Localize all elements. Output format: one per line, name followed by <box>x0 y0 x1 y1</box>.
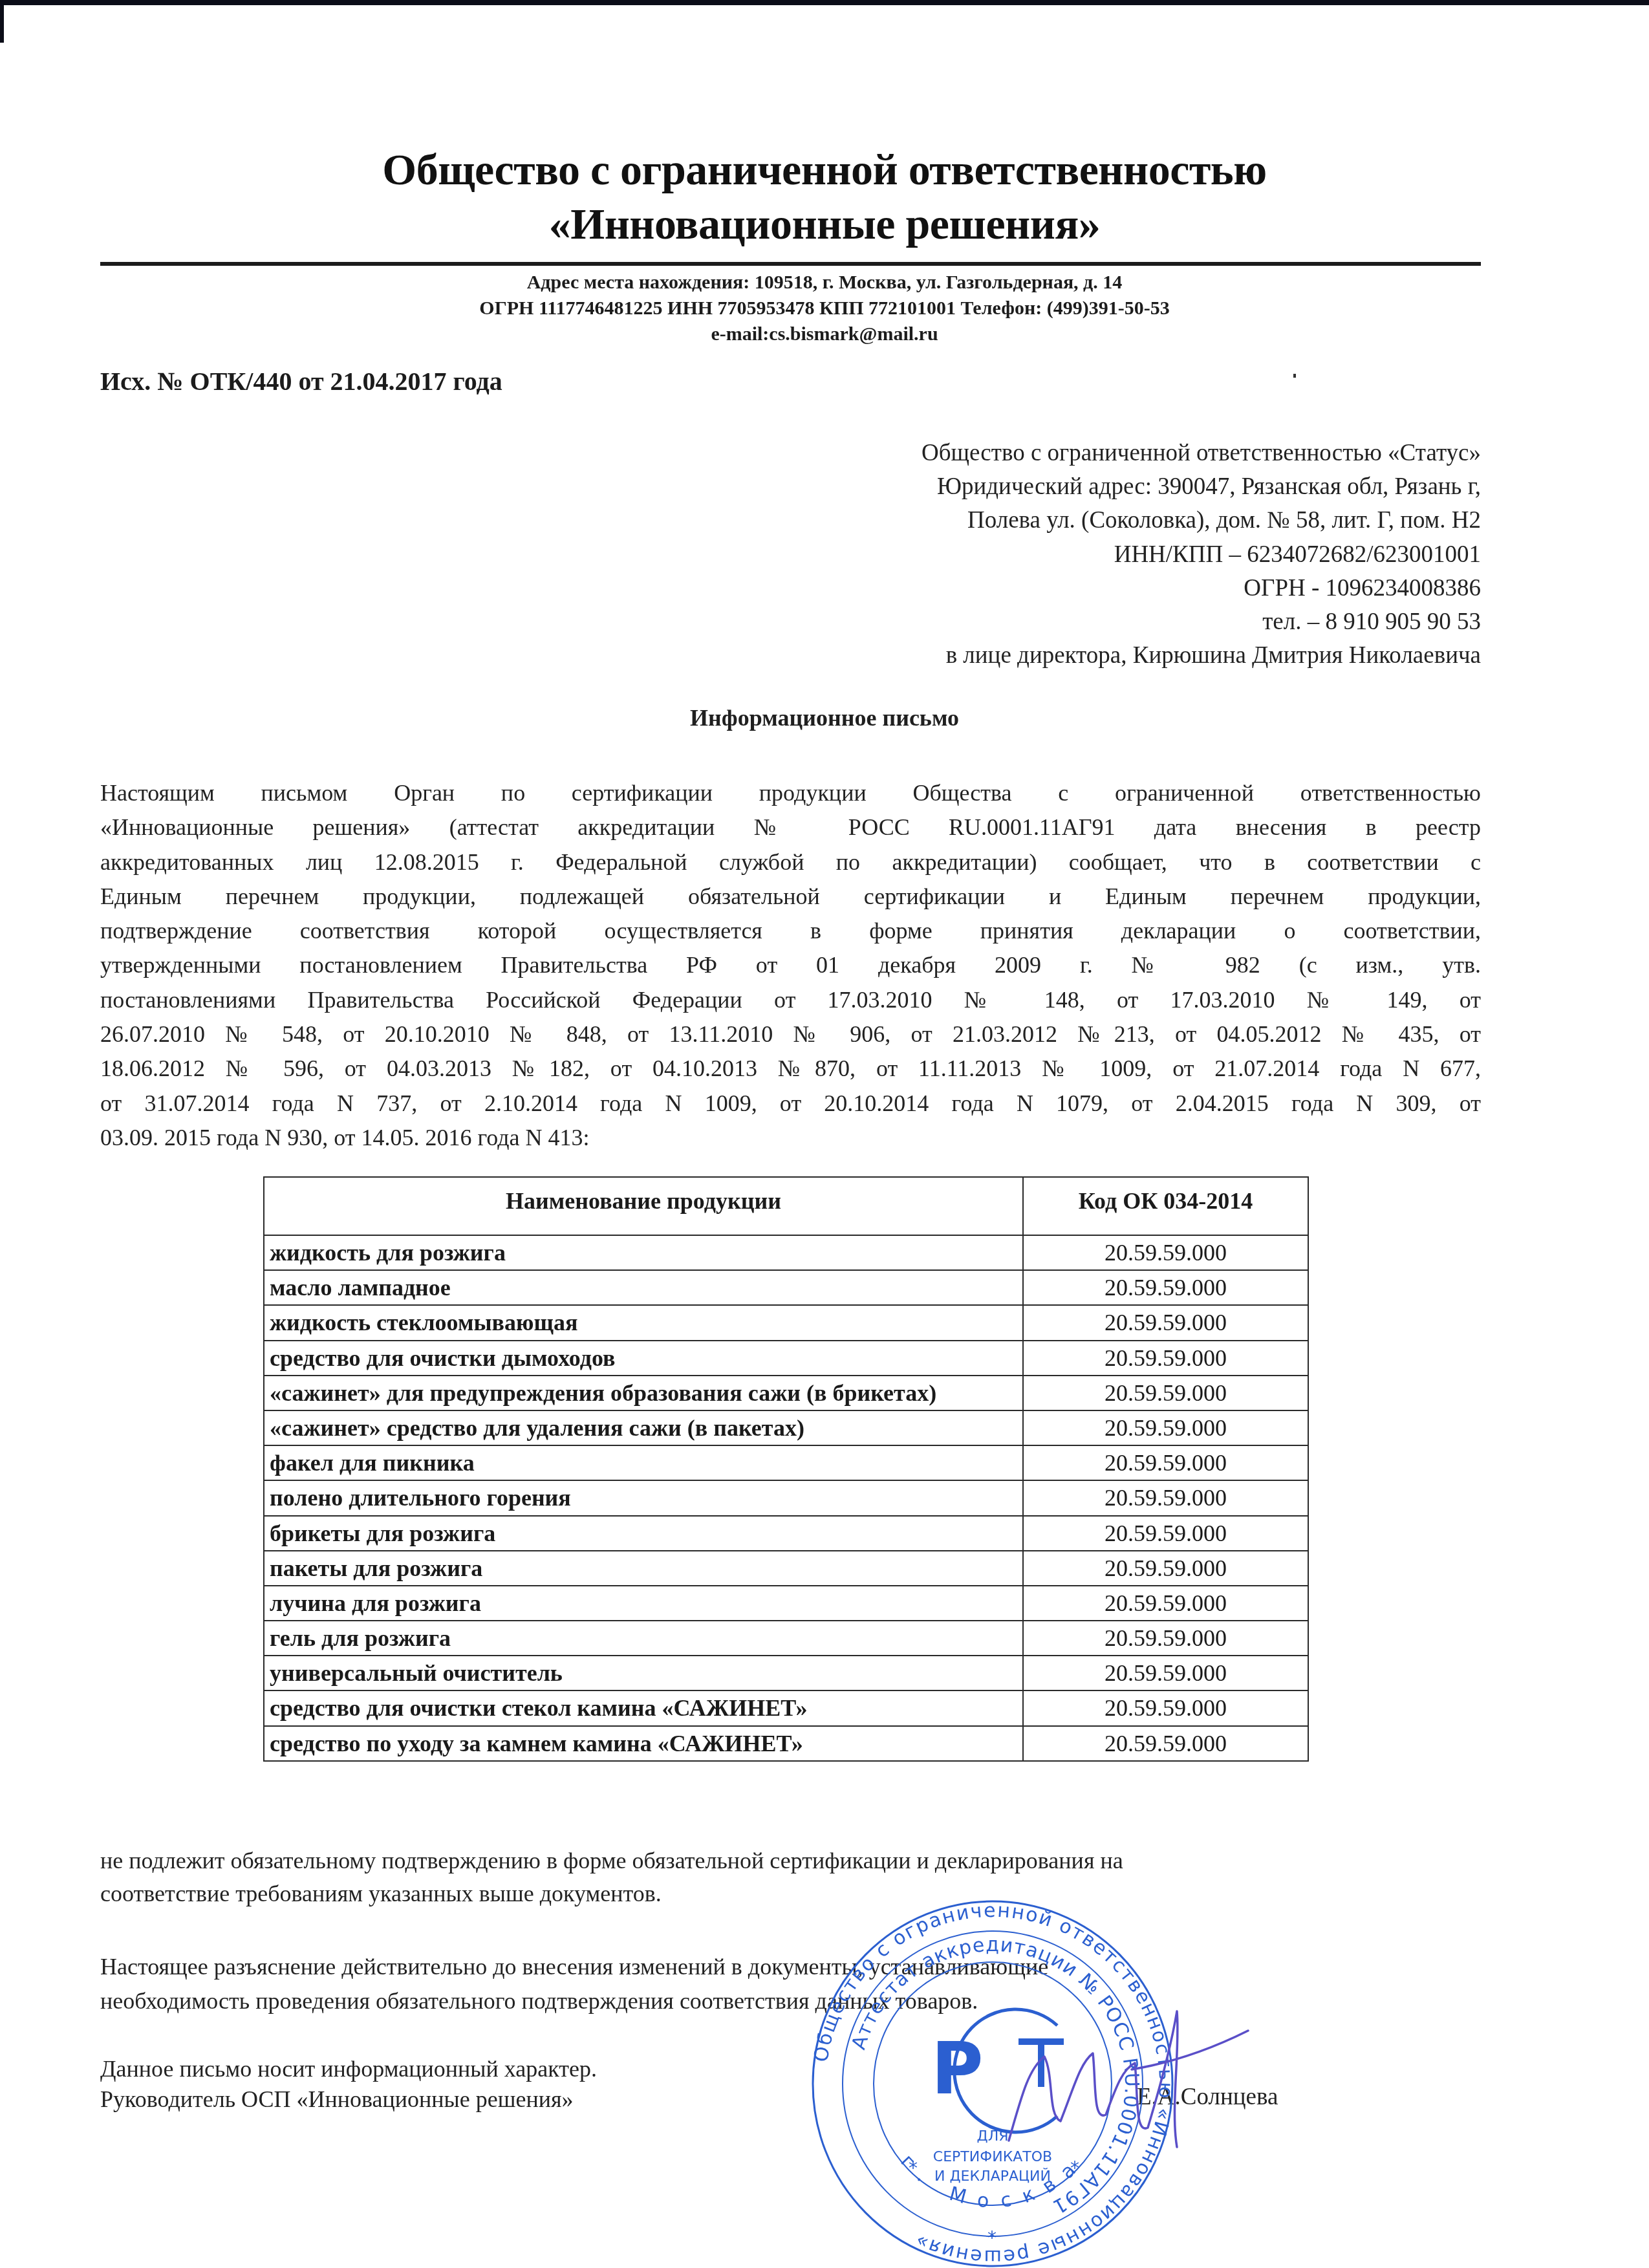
svg-text:*: * <box>909 2157 918 2179</box>
scan-border-top <box>0 0 1649 5</box>
letter-title: Информационное письмо <box>0 706 1649 729</box>
company-registration: ОГРН 1117746481225 ИНН 7705953478 КПП 77… <box>0 299 1649 318</box>
validity-statement: Настоящее разъяснение действительно до в… <box>100 1950 1048 2018</box>
product-name-cell: «сажинет» для предупреждения образования… <box>264 1376 1023 1410</box>
recipient-line: в лице директора, Кирюшина Дмитрия Никол… <box>921 639 1481 673</box>
svg-text:*: * <box>1070 2157 1079 2179</box>
body-line: от 31.07.2014 года N 737, от 2.10.2014 г… <box>100 1086 1481 1121</box>
scan-speck <box>1293 374 1296 378</box>
table-row: «сажинет» средство для удаления сажи (в … <box>264 1410 1308 1445</box>
company-email: e-mail:cs.bismark@mail.ru <box>0 325 1649 344</box>
company-title-line1: Общество с ограниченной ответственностью <box>0 147 1649 191</box>
recipient-line: Общество с ограниченной ответственностью… <box>921 437 1481 470</box>
svg-text:г. Москва: г. Москва <box>896 2150 1090 2212</box>
product-code-cell: 20.59.59.000 <box>1023 1376 1308 1410</box>
product-code-cell: 20.59.59.000 <box>1023 1516 1308 1551</box>
product-name-cell: гель для розжига <box>264 1621 1023 1656</box>
product-code-cell: 20.59.59.000 <box>1023 1551 1308 1586</box>
body-line: Единым перечнем продукции, подлежащей об… <box>100 880 1481 914</box>
body-line: 26.07.2010 № 548, от 20.10.2010 № 848, о… <box>100 1017 1481 1052</box>
body-line: Настоящим письмом Орган по сертификации … <box>100 776 1481 810</box>
table-row: средство для очистки дымоходов20.59.59.0… <box>264 1341 1308 1376</box>
recipient-block: Общество с ограниченной ответственностью… <box>921 437 1481 673</box>
products-table: Наименование продукции Код ОК 034-2014 ж… <box>263 1176 1309 1762</box>
table-row: брикеты для розжига20.59.59.000 <box>264 1516 1308 1551</box>
table-row: «сажинет» для предупреждения образования… <box>264 1376 1308 1410</box>
outgoing-reference: Исх. № ОТК/440 от 21.04.2017 года <box>100 369 502 394</box>
svg-text:*: * <box>987 2227 997 2249</box>
body-line: «Инновационные решения» (аттестат аккред… <box>100 810 1481 845</box>
recipient-line: ОГРН - 1096234008386 <box>921 572 1481 605</box>
svg-text:СЕРТИФИКАТОВ: СЕРТИФИКАТОВ <box>933 2149 1052 2165</box>
letterhead-divider <box>100 262 1481 266</box>
product-code-cell: 20.59.59.000 <box>1023 1410 1308 1445</box>
product-name-cell: универсальный очиститель <box>264 1656 1023 1690</box>
product-name-cell: масло лампадное <box>264 1270 1023 1305</box>
column-header-code: Код ОК 034-2014 <box>1023 1177 1308 1235</box>
exemption-line: не подлежит обязательному подтверждению … <box>100 1844 1123 1877</box>
company-title-line2: «Инновационные решения» <box>0 202 1649 246</box>
product-name-cell: средство для очистки дымоходов <box>264 1341 1023 1376</box>
body-line: постановлениями Правительства Российской… <box>100 983 1481 1017</box>
recipient-line: ИНН/КПП – 6234072682/623001001 <box>921 538 1481 572</box>
product-code-cell: 20.59.59.000 <box>1023 1586 1308 1621</box>
table-row: лучина для розжига20.59.59.000 <box>264 1586 1308 1621</box>
product-name-cell: жидкость стеклоомывающая <box>264 1305 1023 1340</box>
scan-border-left <box>0 0 4 43</box>
body-line: аккредитованных лиц 12.08.2015 г. Федера… <box>100 845 1481 880</box>
svg-text:Р: Р <box>931 2027 984 2110</box>
recipient-line: Полева ул. (Соколовка), дом. № 58, лит. … <box>921 504 1481 537</box>
exemption-line: соответствие требованиям указанных выше … <box>100 1877 1123 1910</box>
product-name-cell: средство по уходу за камнем камина «САЖИ… <box>264 1726 1023 1761</box>
signer-name: Е.А.Солнцева <box>1137 2085 1278 2109</box>
product-name-cell: средство для очистки стекол камина «САЖИ… <box>264 1690 1023 1725</box>
product-code-cell: 20.59.59.000 <box>1023 1621 1308 1656</box>
svg-text:И ДЕКЛАРАЦИЙ: И ДЕКЛАРАЦИЙ <box>934 2168 1051 2185</box>
signer-position: Руководитель ОСП «Инновационные решения» <box>100 2084 597 2115</box>
body-paragraph: Настоящим письмом Орган по сертификации … <box>100 776 1481 1155</box>
product-code-cell: 20.59.59.000 <box>1023 1726 1308 1761</box>
table-row: гель для розжига20.59.59.000 <box>264 1621 1308 1656</box>
product-code-cell: 20.59.59.000 <box>1023 1235 1308 1270</box>
product-name-cell: лучина для розжига <box>264 1586 1023 1621</box>
product-code-cell: 20.59.59.000 <box>1023 1341 1308 1376</box>
body-line: 18.06.2012 № 596, от 04.03.2013 №182, от… <box>100 1052 1481 1086</box>
table-row: масло лампадное20.59.59.000 <box>264 1270 1308 1305</box>
table-row: пакеты для розжига20.59.59.000 <box>264 1551 1308 1586</box>
body-line: 03.09. 2015 года N 930, от 14.05. 2016 г… <box>100 1121 1481 1155</box>
closing-block: Данное письмо носит информационный харак… <box>100 2054 597 2115</box>
table-row: жидкость стеклоомывающая20.59.59.000 <box>264 1305 1308 1340</box>
exemption-statement: не подлежит обязательному подтверждению … <box>100 1844 1123 1910</box>
table-row: средство для очистки стекол камина «САЖИ… <box>264 1690 1308 1725</box>
table-row: средство по уходу за камнем камина «САЖИ… <box>264 1726 1308 1761</box>
table-row: полено длительного горения20.59.59.000 <box>264 1480 1308 1515</box>
table-row: факел для пикника20.59.59.000 <box>264 1445 1308 1480</box>
column-header-product-name: Наименование продукции <box>264 1177 1023 1235</box>
product-code-cell: 20.59.59.000 <box>1023 1270 1308 1305</box>
body-line: подтверждение соответствия которой осуще… <box>100 914 1481 948</box>
product-code-cell: 20.59.59.000 <box>1023 1445 1308 1480</box>
closing-note: Данное письмо носит информационный харак… <box>100 2054 597 2084</box>
product-name-cell: факел для пикника <box>264 1445 1023 1480</box>
product-code-cell: 20.59.59.000 <box>1023 1480 1308 1515</box>
product-name-cell: «сажинет» средство для удаления сажи (в … <box>264 1410 1023 1445</box>
product-name-cell: жидкость для розжига <box>264 1235 1023 1270</box>
recipient-line: Юридический адрес: 390047, Рязанская обл… <box>921 470 1481 504</box>
product-name-cell: пакеты для розжига <box>264 1551 1023 1586</box>
table-row: жидкость для розжига20.59.59.000 <box>264 1235 1308 1270</box>
company-address: Адрес места нахождения: 109518, г. Москв… <box>0 273 1649 292</box>
product-code-cell: 20.59.59.000 <box>1023 1656 1308 1690</box>
product-name-cell: брикеты для розжига <box>264 1516 1023 1551</box>
validity-line: Настоящее разъяснение действительно до в… <box>100 1950 1048 1984</box>
validity-line: необходимость проведения обязательного п… <box>100 1984 1048 2018</box>
body-line: утвержденными постановлением Правительст… <box>100 948 1481 982</box>
svg-text:ДЛЯ: ДЛЯ <box>976 2128 1008 2144</box>
product-code-cell: 20.59.59.000 <box>1023 1305 1308 1340</box>
product-name-cell: полено длительного горения <box>264 1480 1023 1515</box>
recipient-line: тел. – 8 910 905 90 53 <box>921 605 1481 639</box>
table-row: универсальный очиститель20.59.59.000 <box>264 1656 1308 1690</box>
product-code-cell: 20.59.59.000 <box>1023 1690 1308 1725</box>
